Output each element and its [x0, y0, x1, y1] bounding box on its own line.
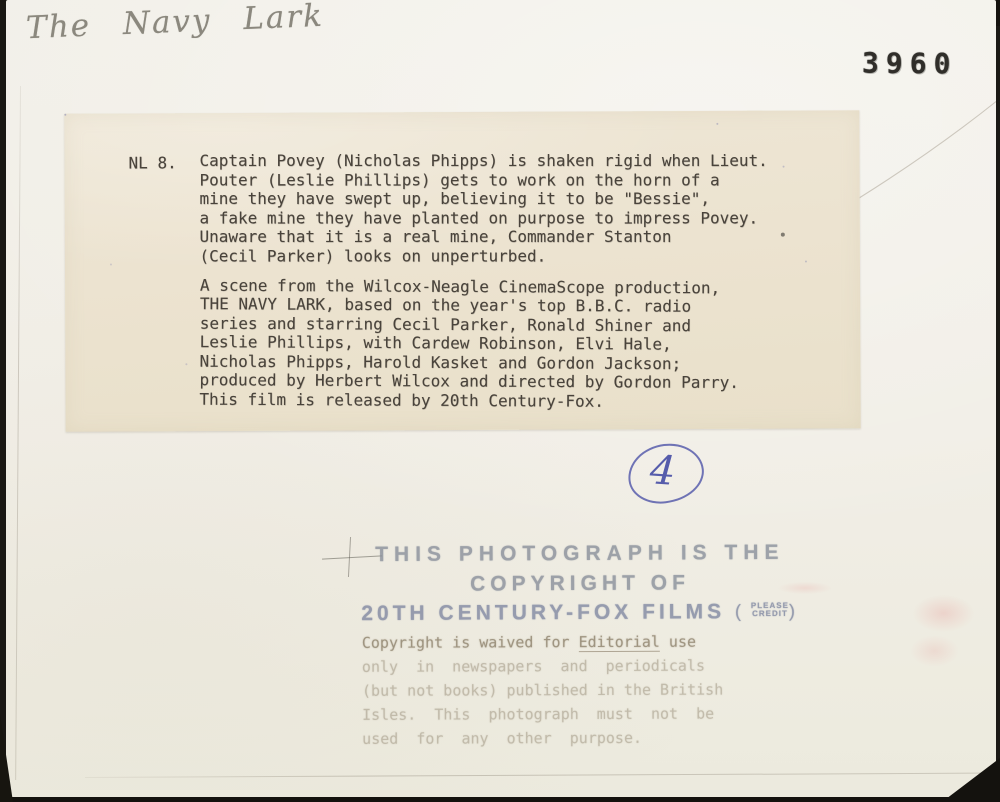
typed-line: THE NAVY LARK, based on the year's top B… — [200, 294, 740, 316]
label-ink-speckles — [64, 114, 66, 116]
copyright-stamp: THIS PHOTOGRAPH IS THE COPYRIGHT OF 20TH… — [335, 541, 825, 627]
handwritten-number: 4 — [649, 449, 677, 493]
notice-line-1-pre: Copyright is waived for — [362, 633, 579, 652]
typed-line: a fake mine they have planted on purpose… — [199, 209, 767, 228]
notice-line-1-underlined: Editorial — [579, 633, 660, 652]
credit-word-2: CREDIT — [751, 610, 789, 618]
typed-line: produced by Herbert Wilcox and directed … — [199, 370, 739, 392]
photo-edge-bottom — [0, 797, 1000, 802]
typed-line: Captain Povey (Nicholas Phipps) is shake… — [199, 151, 767, 170]
archive-number-stamp: 3960 — [862, 47, 958, 81]
please-credit-note: PLEASECREDIT — [751, 602, 789, 618]
typed-line: This film is released by 20th Century-Fo… — [199, 390, 739, 412]
typed-line: series and starring Cecil Parker, Ronald… — [200, 314, 740, 336]
notice-line-5: used for any other purpose. — [362, 725, 832, 751]
caption-label: NL 8. Captain Povey (Nicholas Phipps) is… — [64, 110, 860, 431]
notice-line-4: Isles. This photograph must not be — [362, 701, 832, 727]
photo-edge-left — [0, 0, 6, 802]
copyright-notice: Copyright is waived for Editorial use on… — [362, 629, 832, 751]
caption-paragraph-1: Captain Povey (Nicholas Phipps) is shake… — [199, 151, 767, 265]
caption-reference: NL 8. — [128, 153, 176, 172]
typed-line: Leslie Phillips, with Cardew Robinson, E… — [200, 332, 740, 354]
typed-line: A scene from the Wilcox-Neagle CinemaSco… — [200, 276, 740, 298]
red-ink-smudge-small — [770, 580, 840, 596]
copyright-stamp-line-2: COPYRIGHT OF — [335, 571, 825, 598]
typed-line: Unaware that it is a real mine, Commande… — [199, 227, 767, 246]
notice-line-3: (but not books) published in the British — [362, 677, 832, 703]
copyright-stamp-line-3: 20TH CENTURY-FOX FILMS (PLEASECREDIT) — [335, 600, 825, 627]
photo-edge-right — [996, 26, 1000, 802]
typed-line: (Cecil Parker) looks on unperturbed. — [199, 247, 767, 266]
notice-line-1: Copyright is waived for Editorial use — [362, 629, 832, 655]
typed-line: Nicholas Phipps, Harold Kasket and Gordo… — [200, 352, 740, 374]
typed-line: Pouter (Leslie Phillips) gets to work on… — [199, 171, 767, 190]
circled-number-annotation: 4 — [628, 444, 708, 506]
credit-paren-open: ( — [735, 601, 745, 621]
copyright-stamp-line-1: THIS PHOTOGRAPH IS THE — [335, 541, 825, 568]
copyright-stamp-studio-name: 20TH CENTURY-FOX FILMS — [361, 600, 725, 625]
red-ink-smudge — [893, 588, 985, 672]
notice-line-2: only in newspapers and periodicals — [362, 653, 832, 679]
credit-paren-close: ) — [789, 601, 799, 621]
caption-paragraph-2: A scene from the Wilcox-Neagle CinemaSco… — [199, 275, 739, 411]
notice-line-1-post: use — [660, 633, 696, 651]
typed-line: mine they have swept up, believing it to… — [199, 189, 767, 208]
